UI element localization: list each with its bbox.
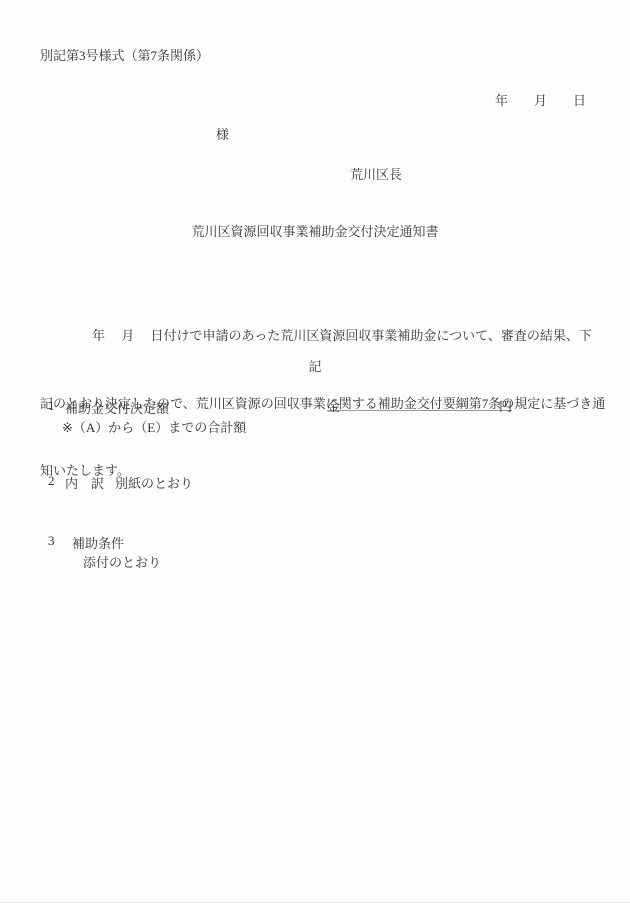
document-page: 別記第3号様式（第7条関係） 年 月 日 様 荒川区長 荒川区資源回収事業補助金… bbox=[0, 0, 630, 903]
addressee-honorific: 様 bbox=[216, 124, 229, 143]
item3-value: 添付のとおり bbox=[83, 552, 161, 571]
item2-value: 別紙のとおり bbox=[115, 473, 193, 492]
amount-unit: 円 bbox=[499, 396, 512, 415]
date-line: 年 月 日 bbox=[495, 90, 586, 109]
record-marker: 記 bbox=[0, 356, 630, 375]
grant-amount-field: 金 円 bbox=[327, 396, 512, 411]
item3-label: 補助条件 bbox=[72, 533, 124, 552]
document-title: 荒川区資源回収事業補助金交付決定通知書 bbox=[0, 221, 630, 240]
item1-note: ※（A）から（E）までの合計額 bbox=[62, 417, 246, 436]
item3-number: 3 bbox=[48, 533, 55, 549]
body-line: 年 月 日付けで申請のあった荒川区資源回収事業補助金について、審査の結果、下 bbox=[40, 325, 605, 348]
amount-prefix: 金 bbox=[327, 396, 340, 415]
item2-number: 2 bbox=[48, 473, 55, 489]
item1-number: 1 bbox=[48, 398, 55, 414]
item2-label: 内 訳 bbox=[65, 473, 104, 492]
sender-name: 荒川区長 bbox=[350, 164, 402, 183]
item1-label: 補助金交付決定額 bbox=[65, 398, 169, 417]
form-number-label: 別記第3号様式（第7条関係） bbox=[40, 45, 209, 64]
